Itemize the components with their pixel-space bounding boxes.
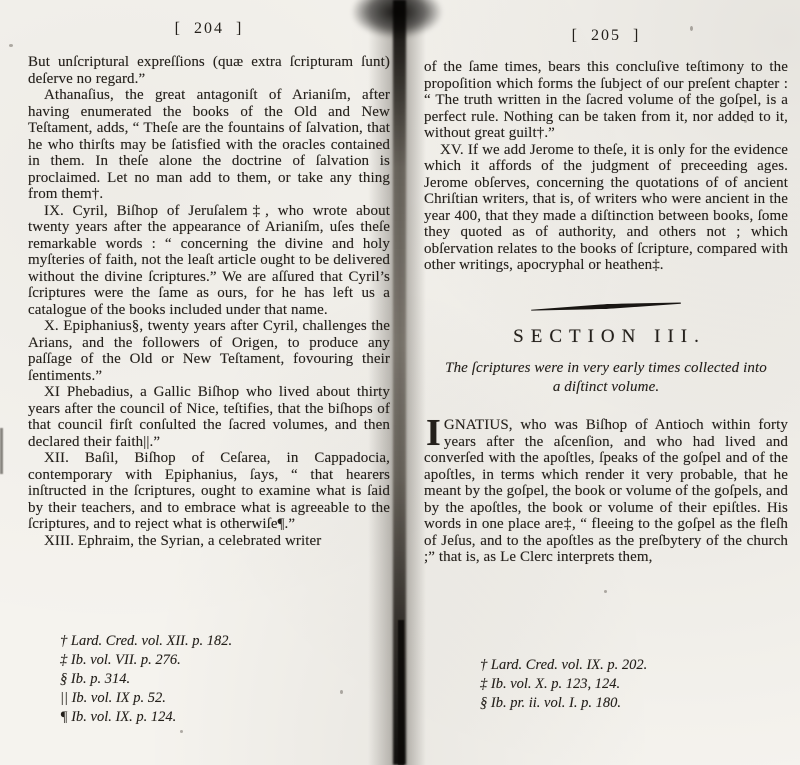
page-number-right: [ 205 ] (424, 27, 788, 45)
section-heading: SECTION III. (424, 329, 788, 346)
paragraph: XV. If we add Jerome to theſe, it is onl… (424, 142, 788, 274)
page-left: [ 204 ] But unſcriptural expreſſions (qu… (28, 20, 390, 549)
drop-cap-initial: I (424, 417, 444, 448)
paragraph: XIII. Ephraim, the Syrian, a celebrated … (28, 533, 390, 550)
scan-speck (604, 590, 607, 593)
scan-speck (340, 690, 343, 694)
scan-speck (690, 26, 693, 31)
paragraph-ignatius: IGNATIUS, who was Biſhop of Antioch with… (424, 417, 788, 566)
paragraph: XII. Baſil, Biſhop of Ceſarea, in Cappad… (28, 450, 390, 533)
paragraph: of the ſame times, bears this concluſive… (424, 59, 788, 142)
scan-edge-mark (0, 428, 3, 474)
footnotes-right: † Lard. Cred. vol. IX. p. 202. ‡ Ib. vol… (424, 656, 647, 713)
paragraph-text: GNATIUS, who was Biſhop of Antioch withi… (424, 417, 788, 565)
page-left-body: But unſcriptural expreſſions (quæ extra … (28, 54, 390, 549)
footnote: ¶ Ib. vol. IX. p. 124. (60, 708, 232, 727)
paragraph: X. Epiphanius§, twenty years after Cyril… (28, 318, 390, 384)
gutter-shadow-bottom (398, 620, 404, 765)
scan-speck (744, 120, 747, 123)
footnote: § Ib. p. 314. (60, 670, 232, 689)
section-divider-rule (531, 301, 681, 311)
paragraph: But unſcriptural expreſſions (quæ extra … (28, 54, 390, 87)
paragraph: Athanaſius, the great antagoniſt of Aria… (28, 87, 390, 203)
scan-speck (9, 44, 13, 47)
paragraph: XI Phebadius, a Gallic Biſhop who lived … (28, 384, 390, 450)
paragraph: IX. Cyril, Biſhop of Jeruſalem‡, who wro… (28, 203, 390, 319)
footnote: § Ib. pr. ii. vol. I. p. 180. (480, 694, 647, 713)
page-right-body: of the ſame times, bears this concluſive… (424, 59, 788, 566)
page-number-left: [ 204 ] (28, 20, 390, 38)
footnotes-left: † Lard. Cred. vol. XII. p. 182. ‡ Ib. vo… (28, 632, 232, 727)
footnote: || Ib. vol. IX p. 52. (60, 689, 232, 708)
section-subtitle: The ſcriptures were in very early times … (440, 359, 772, 397)
footnote: † Lard. Cred. vol. IX. p. 202. (480, 656, 647, 675)
footnote: † Lard. Cred. vol. XII. p. 182. (60, 632, 232, 651)
book-scan: [ 204 ] But unſcriptural expreſſions (qu… (0, 0, 800, 765)
footnote: ‡ Ib. vol. X. p. 123, 124. (480, 675, 647, 694)
scan-speck (180, 730, 183, 733)
footnote: ‡ Ib. vol. VII. p. 276. (60, 651, 232, 670)
page-right: [ 205 ] of the ſame times, bears this co… (424, 20, 788, 566)
